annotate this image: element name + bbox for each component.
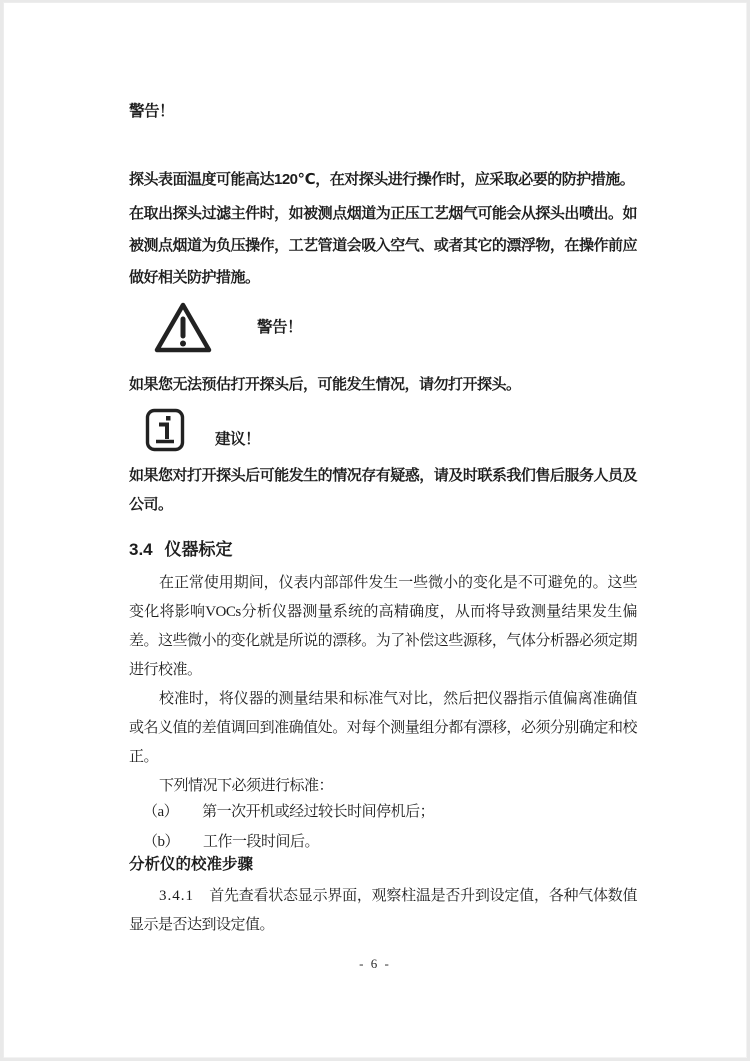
- paragraph-temperature-warning: 探头表面温度可能高达120℃，在对探头进行操作时，应采取必要的防护措施。: [129, 165, 637, 194]
- suggestion-callout: 建议！: [145, 407, 637, 452]
- list-item-b: （b）工作一段时间后。: [143, 827, 637, 857]
- warning-callout: 警告！: [153, 299, 637, 357]
- paragraph-contact-support: 如果您对打开探头后可能发生的情况存有疑惑，请及时联系我们售后服务人员及公司。: [129, 461, 637, 519]
- list-item-b-marker: （b）: [143, 834, 179, 850]
- info-icon: [145, 408, 185, 452]
- list-item-a-text: 第一次开机或经过较长时间停机后；: [202, 804, 434, 820]
- list-item-a-marker: （a）: [143, 804, 178, 820]
- warning-callout-label: 警告！: [257, 319, 302, 337]
- paragraph-step-341: 3.4.1首先查看状态显示界面，观察柱温是否升到设定值，各种气体数值显示是否达到…: [129, 882, 637, 940]
- warning-triangle-icon: [153, 300, 213, 356]
- step-text: 首先查看状态显示界面，观察柱温是否升到设定值，各种气体数值显示是否达到设定值。: [129, 888, 637, 933]
- suggestion-callout-label: 建议！: [215, 431, 260, 452]
- procedure-heading: 分析仪的校准步骤: [129, 854, 637, 876]
- section-number: 3.4: [129, 540, 153, 559]
- paragraph-drift-explanation: 在正常使用期间，仪表内部部件发生一些微小的变化是不可避免的。这些变化将影响VOC…: [129, 569, 637, 685]
- document-page: 警告！ 探头表面温度可能高达120℃，在对探头进行操作时，应采取必要的防护措施。…: [3, 2, 747, 1058]
- section-title: 仪器标定: [165, 540, 233, 559]
- paragraph-calibration-method: 校准时，将仪器的测量结果和标准气对比，然后把仪器指示值偏离准确值或名义值的差值调…: [129, 685, 637, 772]
- section-heading-calibration: 3.4仪器标定: [129, 538, 637, 562]
- page-number: - 6 -: [3, 956, 747, 972]
- list-item-b-text: 工作一段时间后。: [203, 834, 319, 850]
- warning-heading: 警告！: [129, 101, 637, 123]
- paragraph-probe-removal-warning: 在取出探头过滤主件时，如被测点烟道为正压工艺烟气可能会从探头出喷出。如被测点烟道…: [129, 198, 637, 294]
- page-content: 警告！ 探头表面温度可能高达120℃，在对探头进行操作时，应采取必要的防护措施。…: [3, 2, 747, 940]
- paragraph-do-not-open: 如果您无法预估打开探头后，可能发生情况，请勿打开探头。: [129, 370, 637, 399]
- list-item-a: （a）第一次开机或经过较长时间停机后；: [143, 797, 637, 827]
- step-number: 3.4.1: [159, 888, 194, 904]
